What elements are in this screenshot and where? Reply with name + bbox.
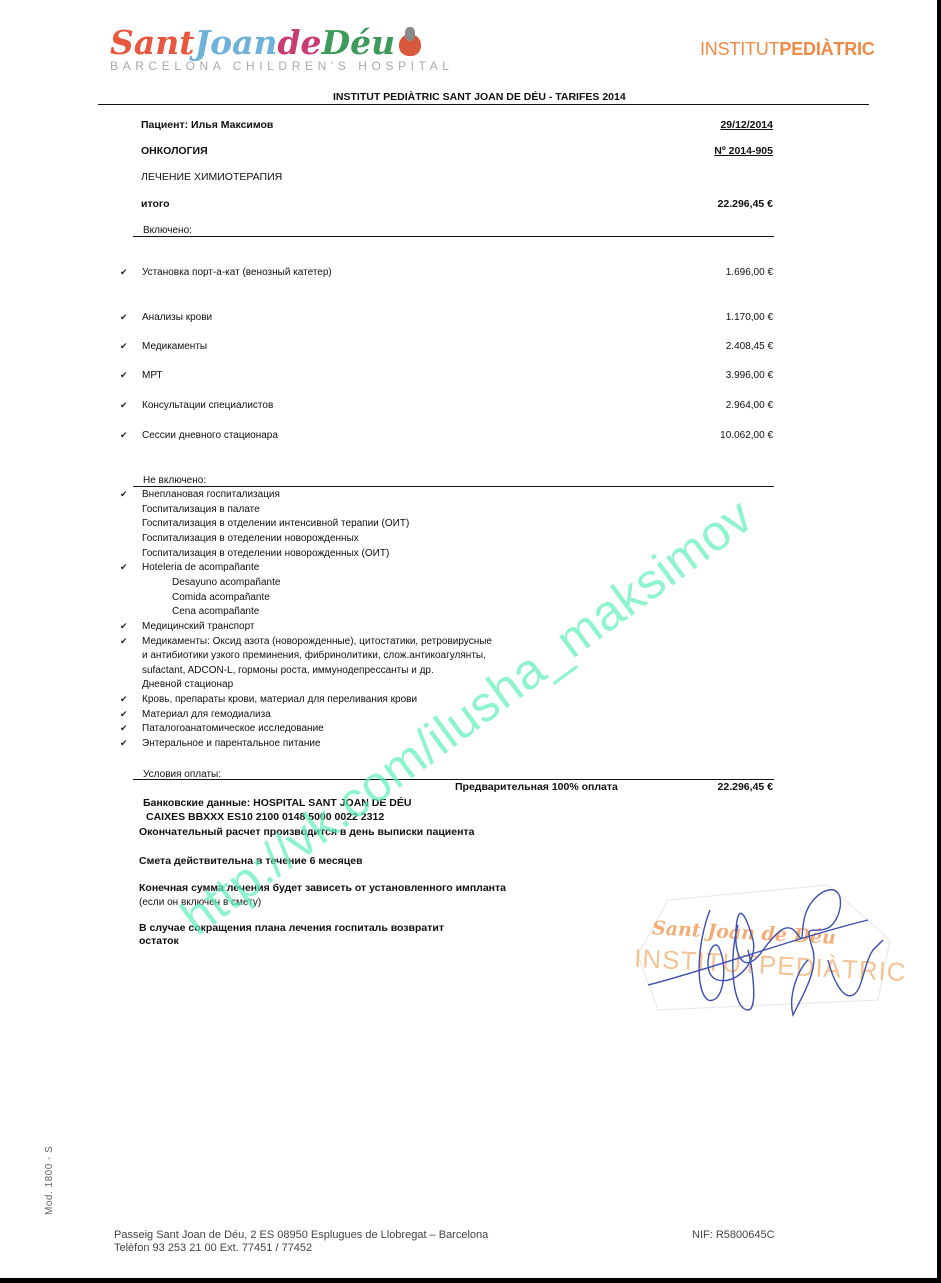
patient-name: Пациент: Илья Максимов bbox=[141, 119, 273, 132]
page-border-bottom bbox=[0, 1278, 941, 1283]
not-included-item-label: Госпитализация в палате bbox=[142, 503, 260, 518]
logo-word-joan: Joan bbox=[194, 26, 277, 60]
total-value: 22.296,45 € bbox=[640, 198, 773, 211]
title-divider bbox=[98, 104, 869, 105]
institute-logo-part2: PEDIÀTRIC bbox=[779, 39, 874, 59]
prepayment-label: Предварительная 100% оплата bbox=[455, 781, 618, 794]
total-label: итого bbox=[141, 198, 170, 211]
not-included-item-label: Desayuno acompañante bbox=[172, 576, 280, 591]
checkmark-icon: ✔ bbox=[120, 341, 128, 352]
included-item-label: Сессии дневного стационара bbox=[142, 429, 278, 442]
treatment-type: ЛЕЧЕНИЕ ХИМИОТЕРАПИЯ bbox=[141, 171, 282, 184]
hospital-emblem-icon bbox=[399, 34, 421, 56]
included-item-amount: 1.170,00 € bbox=[640, 311, 773, 324]
checkmark-icon: ✔ bbox=[120, 723, 128, 734]
not-included-item-label: Внеплановая госпитализация bbox=[142, 488, 280, 503]
checkmark-icon: ✔ bbox=[120, 709, 128, 720]
refund-note-2: остаток bbox=[139, 935, 179, 948]
not-included-item-label: Кровь, препараты крови, материал для пер… bbox=[142, 693, 417, 708]
included-divider bbox=[133, 236, 774, 237]
checkmark-icon: ✔ bbox=[120, 738, 128, 749]
institute-logo: INSTITUTPEDIÀTRIC bbox=[700, 39, 875, 60]
checkmark-icon: ✔ bbox=[120, 636, 128, 647]
checkmark-icon: ✔ bbox=[120, 400, 128, 411]
checkmark-icon: ✔ bbox=[120, 430, 128, 441]
not-included-item-label: Госпитализация в отделении интенсивной т… bbox=[142, 517, 409, 532]
hospital-logo-wordmark: Sant Joan de Déu bbox=[110, 26, 454, 60]
not-included-item-label: Медикаменты: Оксид азота (новорожденные)… bbox=[142, 635, 492, 650]
included-item-label: Консультации специалистов bbox=[142, 399, 273, 412]
included-item-amount: 10.062,00 € bbox=[640, 429, 773, 442]
document-number: Nº 2014-905 bbox=[640, 145, 773, 158]
included-item-label: Установка порт-а-кат (венозный катетер) bbox=[142, 266, 332, 279]
not-included-item-label: Hoteleria de acompañante bbox=[142, 561, 259, 576]
footer-address: Passeig Sant Joan de Déu, 2 ES 08950 Esp… bbox=[114, 1229, 488, 1242]
checkmark-icon: ✔ bbox=[120, 694, 128, 705]
not-included-item-label: Cena acompañante bbox=[172, 605, 259, 620]
payment-divider bbox=[133, 779, 774, 780]
not-included-item-label: Comida acompañante bbox=[172, 591, 270, 606]
refund-note: В случае сокращения плана лечения госпит… bbox=[139, 922, 444, 935]
not-included-item-label: Паталогоанатомическое исследование bbox=[142, 722, 324, 737]
prepayment-value: 22.296,45 € bbox=[640, 781, 773, 794]
not-included-item-label: Материал для гемодиализа bbox=[142, 708, 271, 723]
footer-phone: Telèfon 93 253 21 00 Ext. 77451 / 77452 bbox=[114, 1242, 312, 1255]
checkmark-icon: ✔ bbox=[120, 621, 128, 632]
document-title: INSTITUT PEDIÀTRIC SANT JOAN DE DÉU - TA… bbox=[333, 91, 626, 103]
department: ОНКОЛОГИЯ bbox=[141, 145, 208, 158]
logo-word-deu: Déu bbox=[322, 26, 396, 60]
logo-word-sant: Sant bbox=[110, 26, 194, 60]
included-item-label: Анализы крови bbox=[142, 311, 212, 324]
included-item-label: МРТ bbox=[142, 369, 163, 382]
checkmark-icon: ✔ bbox=[120, 370, 128, 381]
checkmark-icon: ✔ bbox=[120, 489, 128, 500]
logo-word-de: de bbox=[277, 26, 321, 60]
signature-icon bbox=[628, 880, 898, 1020]
checkmark-icon: ✔ bbox=[120, 312, 128, 323]
included-item-amount: 2.408,45 € bbox=[640, 340, 773, 353]
document-date: 29/12/2014 bbox=[640, 119, 773, 132]
included-item-label: Медикаменты bbox=[142, 340, 207, 353]
not-included-item-label: Госпитализация в отеделении новорожденны… bbox=[142, 532, 359, 547]
not-included-item-label: Госпитализация в отеделении новорожденны… bbox=[142, 547, 389, 562]
included-item-amount: 3.996,00 € bbox=[640, 369, 773, 382]
not-included-item-label: sufactant, ADCON-L, гормоны роста, иммун… bbox=[142, 664, 434, 679]
not-included-divider bbox=[133, 486, 774, 487]
not-included-item-label: Энтеральное и парентальное питание bbox=[142, 737, 321, 752]
page-border-right bbox=[937, 0, 941, 1283]
included-item-amount: 2.964,00 € bbox=[640, 399, 773, 412]
included-item-amount: 1.696,00 € bbox=[640, 266, 773, 279]
not-included-item-label: и антибиотики узкого преминения, фибрино… bbox=[142, 649, 486, 664]
hospital-logo: Sant Joan de Déu BARCELONA CHILDREN'S HO… bbox=[110, 26, 454, 73]
institute-stamp: Sant Joan de Déu INSTITUTPEDIÀTRIC bbox=[628, 880, 898, 1020]
not-included-item-label: Медицинский транспорт bbox=[142, 620, 255, 635]
hospital-logo-subtitle: BARCELONA CHILDREN'S HOSPITAL bbox=[110, 59, 454, 73]
footer-nif: NIF: R5800645C bbox=[692, 1229, 775, 1242]
checkmark-icon: ✔ bbox=[120, 267, 128, 278]
institute-logo-part1: INSTITUT bbox=[700, 39, 779, 59]
checkmark-icon: ✔ bbox=[120, 562, 128, 573]
form-code: Mod. 1800 - S bbox=[44, 1146, 55, 1215]
not-included-item-label: Дневной стационар bbox=[142, 678, 233, 693]
